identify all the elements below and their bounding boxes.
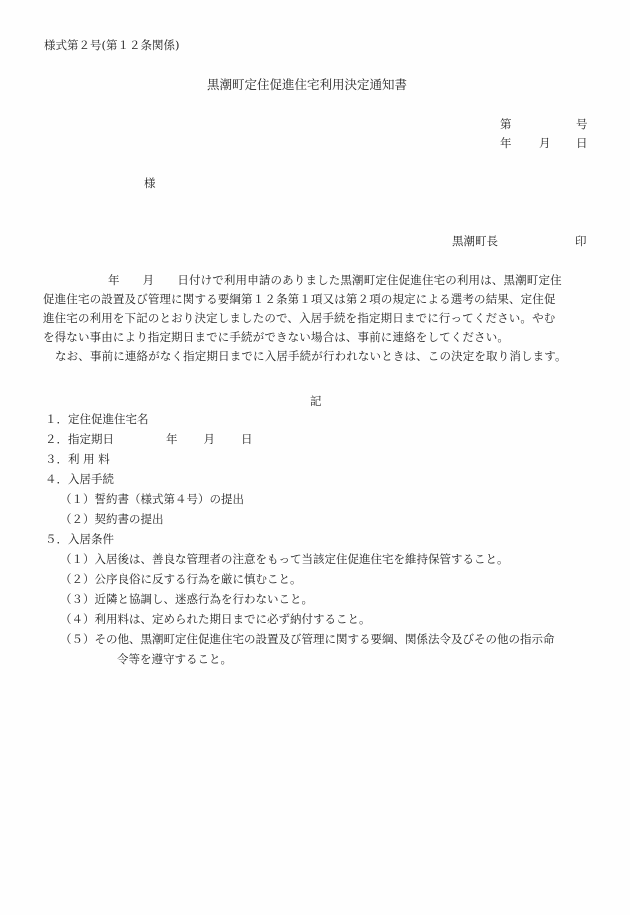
date-year: 年 [500,136,512,150]
item-5: ５．入居条件 [45,529,605,549]
seal-mark: 印 [575,234,587,248]
number-prefix: 第 [500,117,512,131]
body-line-5: なお、事前に連絡がなく指定期日までに入居手続が行われないときは、この決定を取り消… [43,347,591,366]
ki-heading: 記 [310,394,322,408]
date-day: 日 [576,136,588,150]
number-suffix: 号 [576,117,588,131]
body-line-4: を得ない事由により指定期日までに手続ができない場合は、事前に連絡をしてください。 [43,328,591,347]
body-line-2: 促進住宅の設置及び管理に関する要綱第１２条第１項又は第２項の規定による選考の結果… [43,290,591,309]
form-number: 様式第２号(第１２条関係) [44,38,179,52]
recipient-suffix: 様 [144,176,156,190]
body-line-1: 年月日付けで利用申請のありました黒潮町定住促進住宅の利用は、黒潮町定住 [43,271,591,290]
body-line-3: 進住宅の利用を下記のとおり決定しましたので、入居手続を指定期日までに行ってくださ… [43,309,591,328]
item-list: １．定住促進住宅名 ２．指定期日年月日 ３．利 用 料 ４．入居手続 （１）誓約… [45,409,605,669]
item-4-sub-1: （１）誓約書（様式第４号）の提出 [45,489,605,509]
item-1: １．定住促進住宅名 [45,409,605,429]
item-5-sub-2: （２）公序良俗に反する行為を厳に慎むこと。 [45,569,605,589]
item-4: ４．入居手続 [45,469,605,489]
item-5-sub-3: （３）近隣と協調し、迷惑行為を行わないこと。 [45,589,605,609]
date-month: 月 [539,136,551,150]
issuer-name: 黒潮町長 [452,234,498,248]
item-3: ３．利 用 料 [45,449,605,469]
item-5-sub-4: （４）利用料は、定められた期日までに必ず納付すること。 [45,609,605,629]
item-5-sub-1: （１）入居後は、善良な管理者の注意をもって当該定住促進住宅を維持保管すること。 [45,549,605,569]
body-paragraph: 年月日付けで利用申請のありました黒潮町定住促進住宅の利用は、黒潮町定住 促進住宅… [43,271,591,366]
item-5-sub-5-continuation: 令等を遵守すること。 [45,649,605,669]
item-4-sub-2: （２）契約書の提出 [45,509,605,529]
document-title: 黒潮町定住促進住宅利用決定通知書 [207,78,407,92]
item-5-sub-5: （５）その他、黒潮町定住促進住宅の設置及び管理に関する要綱、関係法令及びその他の… [45,629,605,649]
item-2: ２．指定期日年月日 [45,429,605,449]
